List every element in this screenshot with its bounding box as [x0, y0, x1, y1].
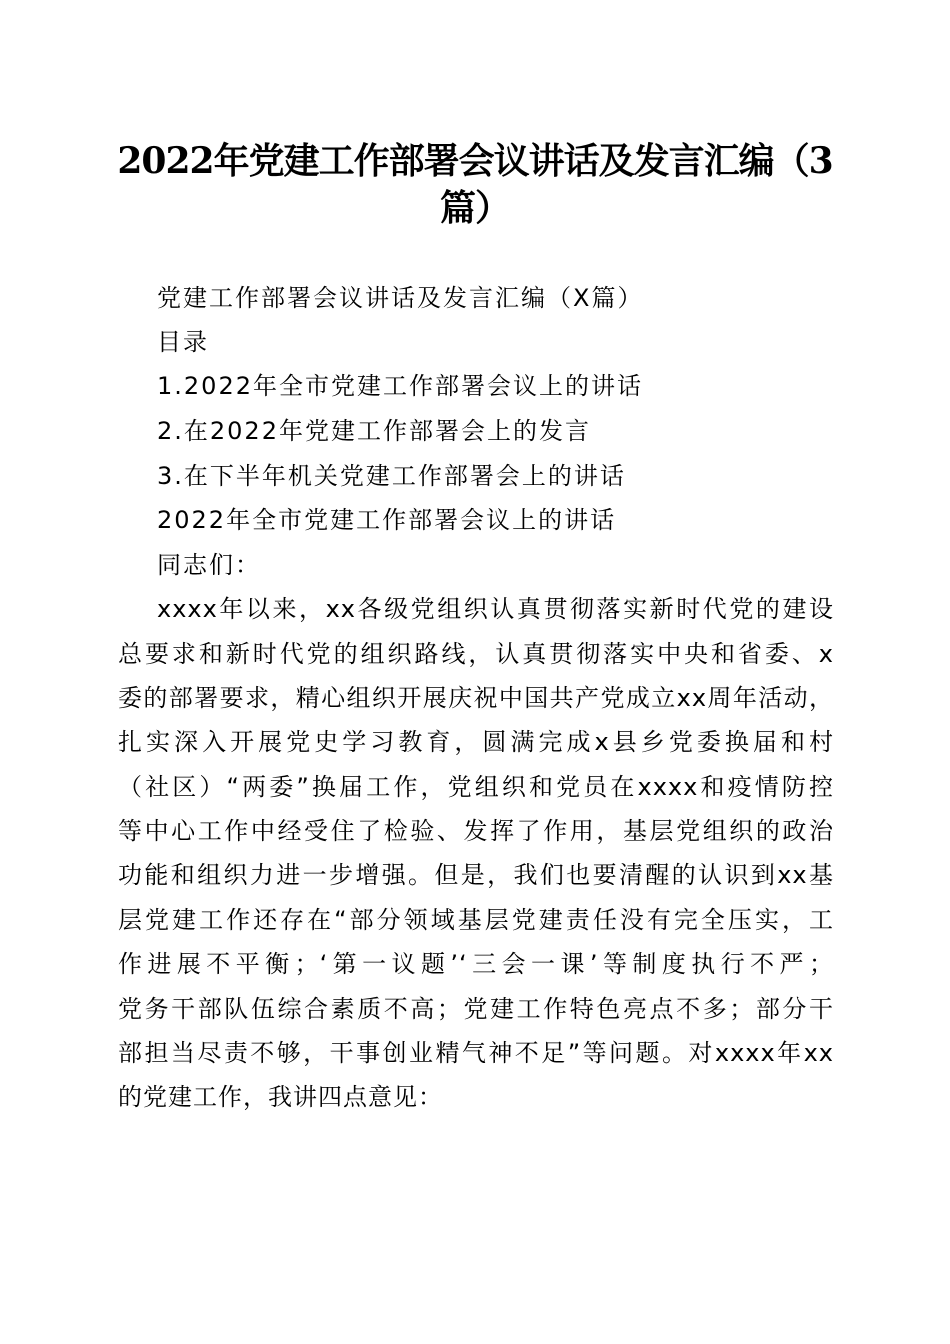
compilation-subtitle: 党建工作部署会议讲话及发言汇编（X篇）: [157, 283, 643, 313]
toc-item-3: 3.在下半年机关党建工作部署会上的讲话: [157, 461, 626, 491]
body-line: 委的部署要求，精心组织开展庆祝中国共产党成立xx周年活动，: [118, 683, 834, 713]
body-line: 的党建工作，我讲四点意见：: [118, 1082, 834, 1112]
body-line: 等中心工作中经受住了检验、发挥了作用，基层党组织的政治: [118, 816, 834, 846]
salutation: 同志们：: [157, 550, 261, 580]
toc-heading: 目录: [157, 327, 209, 357]
body-line: xxxx年以来，xx各级党组织认真贯彻落实新时代党的建设: [157, 594, 834, 624]
body-line: 层党建工作还存在“部分领域基层党建责任没有完全压实，工: [118, 905, 834, 935]
document-page: 2022年党建工作部署会议讲话及发言汇编（3 篇） 党建工作部署会议讲话及发言汇…: [0, 0, 950, 1344]
toc-item-1: 1.2022年全市党建工作部署会议上的讲话: [157, 371, 643, 401]
body-line: 总要求和新时代党的组织路线，认真贯彻落实中央和省委、x: [118, 639, 834, 669]
body-line: 党务干部队伍综合素质不高；党建工作特色亮点不多；部分干: [118, 994, 834, 1024]
body-line: 功能和组织力进一步增强。但是，我们也要清醒的认识到xx基: [118, 860, 834, 890]
body-line: （社区）“两委”换届工作，党组织和党员在xxxx和疫情防控: [118, 772, 834, 802]
section-title: 2022年全市党建工作部署会议上的讲话: [157, 505, 616, 535]
document-title-line-1: 2022年党建工作部署会议讲话及发言汇编（3: [0, 139, 950, 183]
toc-item-2: 2.在2022年党建工作部署会上的发言: [157, 416, 591, 446]
body-line: 作进展不平衡；‘第一议题’‘三会一课’等制度执行不严；: [118, 949, 834, 979]
body-line: 扎实深入开展党史学习教育，圆满完成x县乡党委换届和村: [118, 727, 834, 757]
document-title-line-2: 篇）: [0, 186, 950, 230]
body-line: 部担当尽责不够，干事创业精气神不足”等问题。对xxxx年xx: [118, 1038, 834, 1068]
